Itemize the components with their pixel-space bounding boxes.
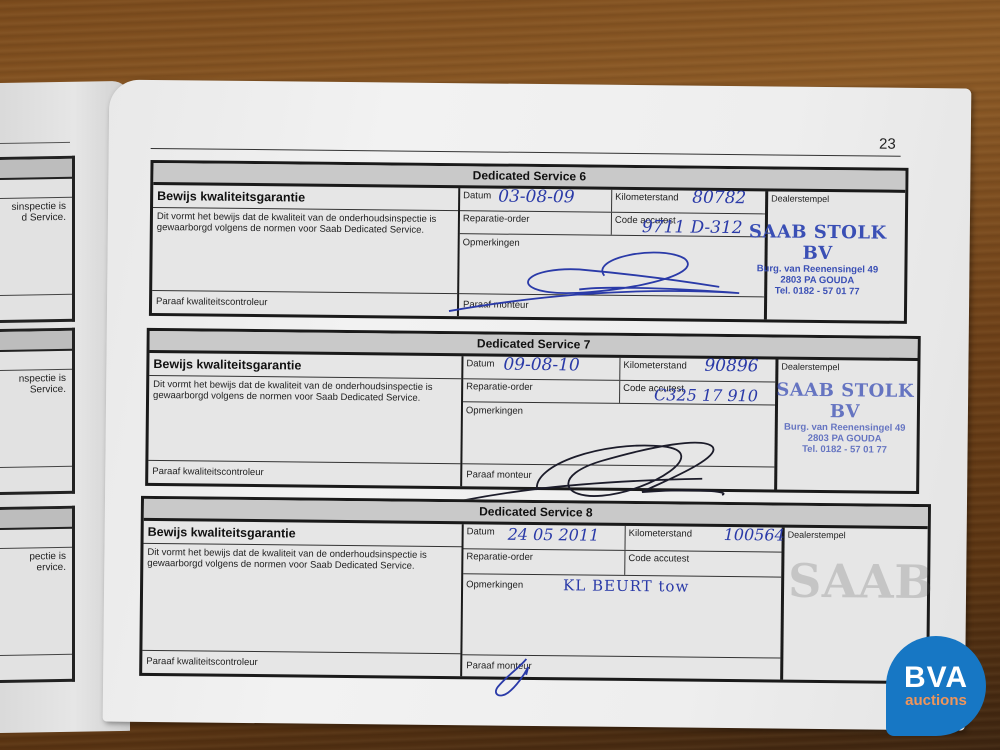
opmerkingen-field[interactable]: Opmerkingen <box>460 234 765 254</box>
bva-auctions-logo: BVA auctions <box>886 636 986 736</box>
bva-sub: auctions <box>905 693 967 709</box>
code-accutest-label: Code accutest <box>628 553 689 565</box>
datum-value: 09-08-10 <box>503 355 580 376</box>
paraaf-monteur-field[interactable]: Paraaf monteur <box>459 293 764 319</box>
bewijs-text-line-2: gewaarborgd volgens de normen voor Saab … <box>147 558 457 572</box>
dealerstempel-label: Dealerstempel <box>778 360 917 375</box>
stamp-address: Burg. van Reenensingel 49 <box>737 263 897 276</box>
service-block-6: Dedicated Service 6 Bewijs kwaliteitsgar… <box>149 160 909 324</box>
stamp-name: SAAB STOLK BV <box>770 379 920 423</box>
page-number: 23 <box>879 136 896 153</box>
paraaf-monteur-field[interactable]: Paraaf monteur <box>462 463 774 489</box>
datum-value: 03-08-09 <box>498 187 575 208</box>
datum-field[interactable]: Datum 24 05 2011 <box>463 524 624 550</box>
left-service-box-2: nspectie is Service. <box>0 328 75 495</box>
reparatie-order-field[interactable]: Reparatie-order <box>460 211 611 235</box>
left-page-rule <box>0 142 70 144</box>
reparatie-order-field[interactable]: Reparatie-order <box>463 379 619 403</box>
left-fragment-2a: nspectie is <box>0 370 72 385</box>
left-service-box-3: pectie is ervice. <box>0 506 75 683</box>
stamp-name: SAAB STOLK BV <box>737 221 897 265</box>
opmerkingen-field[interactable]: Opmerkingen KL BEURT tow <box>463 576 781 596</box>
reparatie-order-label: Reparatie-order <box>463 213 530 225</box>
bewijs-text-line-2: gewaarborgd volgens de normen voor Saab … <box>157 222 454 236</box>
code-accutest-field[interactable]: Code accutest <box>624 551 781 577</box>
dealer-stamp: SAAB STOLK BV Burg. van Reenensingel 49 … <box>769 379 920 456</box>
kilometerstand-label: Kilometerstand <box>623 360 686 372</box>
page-rule <box>151 148 901 157</box>
bewijs-title: Bewijs kwaliteitsgarantie <box>149 353 461 379</box>
datum-label: Datum <box>466 358 494 369</box>
opmerkingen-value: KL BEURT tow <box>563 576 689 595</box>
datum-field[interactable]: Datum 09-08-10 <box>463 356 619 380</box>
kilometerstand-field[interactable]: Kilometerstand 100564 <box>624 526 781 552</box>
left-fragment-2b: Service. <box>0 384 72 396</box>
datum-label: Datum <box>467 526 495 537</box>
dealerstempel-label: Dealerstempel <box>785 528 928 543</box>
left-fragment-1a: sinspectie is <box>0 198 72 213</box>
kilometerstand-label: Kilometerstand <box>629 528 692 540</box>
dealer-stamp-faint: SAAB <box>788 546 919 617</box>
code-accutest-value: C325 17 910 <box>654 385 758 405</box>
bva-brand: BVA <box>904 663 968 693</box>
opmerkingen-field[interactable]: Opmerkingen <box>463 402 775 422</box>
datum-value: 24 05 2011 <box>508 525 600 545</box>
stamp-phone: Tel. 0182 - 57 01 77 <box>769 443 919 456</box>
opmerkingen-label: Opmerkingen <box>466 579 523 591</box>
kilometerstand-value: 90896 <box>704 356 758 377</box>
dealer-stamp: SAAB STOLK BV Burg. van Reenensingel 49 … <box>737 221 898 298</box>
datum-field[interactable]: Datum 03-08-09 <box>460 188 611 212</box>
datum-label: Datum <box>463 190 491 201</box>
kilometerstand-value: 80782 <box>692 188 746 209</box>
left-fragment-3b: ervice. <box>0 562 72 574</box>
bewijs-title: Bewijs kwaliteitsgarantie <box>144 521 462 547</box>
code-accutest-field[interactable]: Code accutest C325 17 910 <box>619 381 775 405</box>
reparatie-order-label: Reparatie-order <box>466 551 533 563</box>
opmerkingen-label: Opmerkingen <box>466 405 523 417</box>
service-block-8: Dedicated Service 8 Bewijs kwaliteitsgar… <box>139 496 931 684</box>
stamp-phone: Tel. 0182 - 57 01 77 <box>737 285 897 298</box>
stamp-name: SAAB <box>788 546 919 617</box>
paraaf-kwaliteitscontroleur-field[interactable]: Paraaf kwaliteitscontroleur <box>152 290 457 316</box>
paraaf-monteur-field[interactable]: Paraaf monteur <box>462 654 780 680</box>
kilometerstand-field[interactable]: Kilometerstand 90896 <box>619 358 775 382</box>
left-service-box-1: sinspectie is d Service. <box>0 156 75 323</box>
bewijs-title: Bewijs kwaliteitsgarantie <box>153 185 458 211</box>
code-accutest-value: 9711 D-312 <box>642 217 743 238</box>
paraaf-kwaliteitscontroleur-field[interactable]: Paraaf kwaliteitscontroleur <box>142 650 460 676</box>
kilometerstand-value: 100564 <box>724 525 785 545</box>
service-block-7: Dedicated Service 7 Bewijs kwaliteitsgar… <box>145 328 921 494</box>
opmerkingen-label: Opmerkingen <box>463 237 520 249</box>
reparatie-order-label: Reparatie-order <box>466 381 533 393</box>
reparatie-order-field[interactable]: Reparatie-order <box>463 549 624 575</box>
kilometerstand-label: Kilometerstand <box>615 192 678 204</box>
stamp-address: Burg. van Reenensingel 49 <box>770 421 920 434</box>
left-fragment-3a: pectie is <box>0 548 72 563</box>
left-fragment-1b: d Service. <box>0 212 72 224</box>
paraaf-kwaliteitscontroleur-field[interactable]: Paraaf kwaliteitscontroleur <box>148 460 460 486</box>
dealerstempel-label: Dealerstempel <box>768 191 905 206</box>
service-booklet-page: 23 Dedicated Service 6 Bewijs kwaliteits… <box>103 80 972 731</box>
kilometerstand-field[interactable]: Kilometerstand 80782 <box>611 190 765 214</box>
bewijs-text-line-2: gewaarborgd volgens de normen voor Saab … <box>153 390 457 404</box>
